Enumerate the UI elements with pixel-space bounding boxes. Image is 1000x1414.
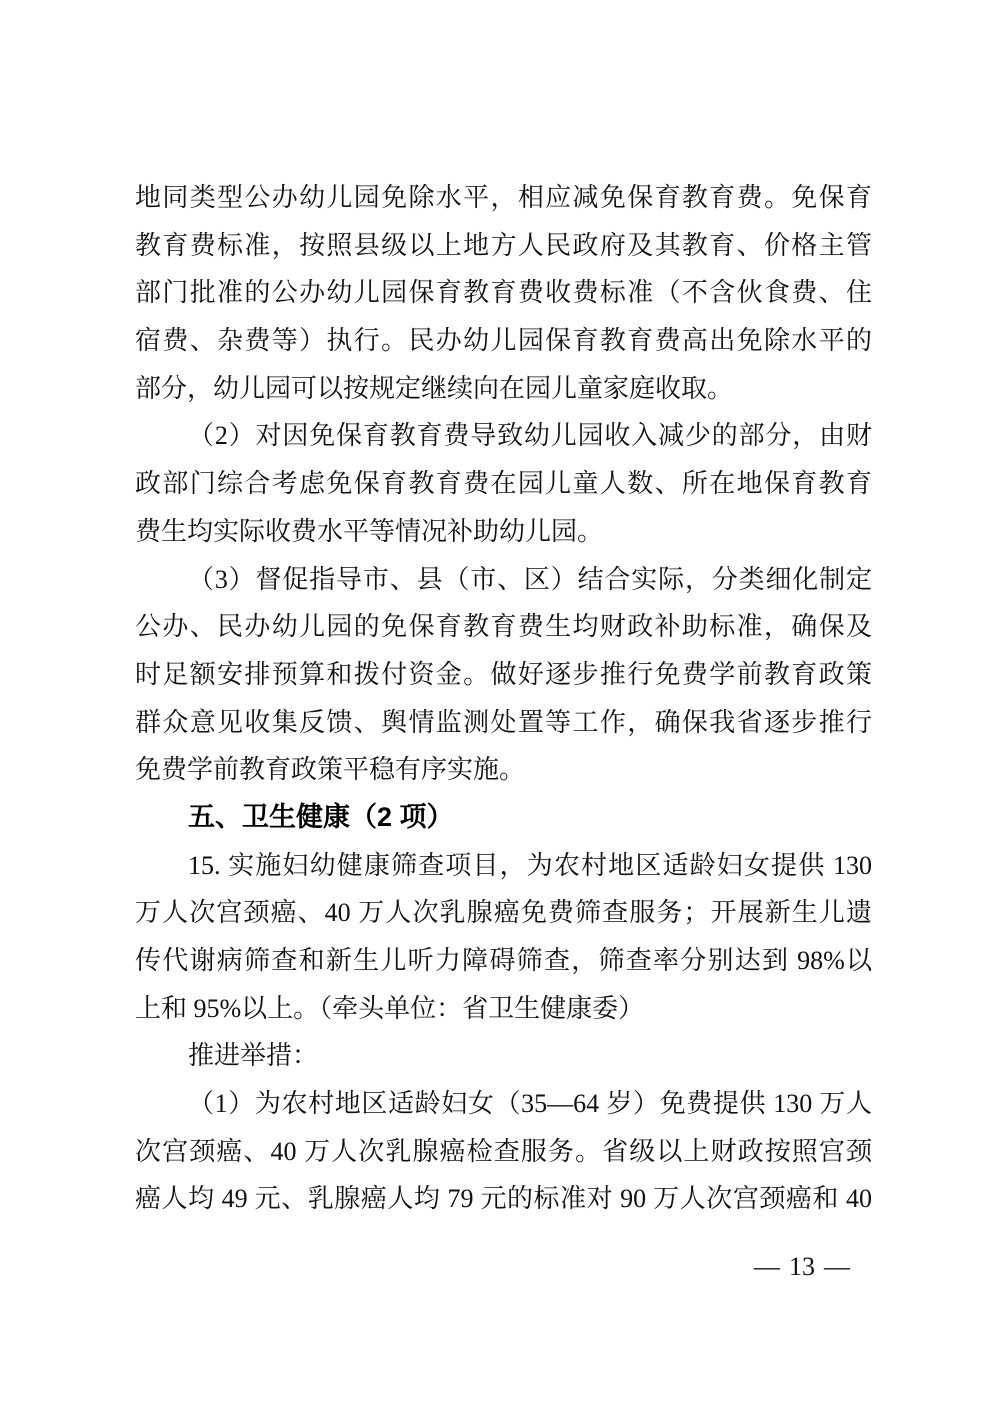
text-line: （3）督促指导市、县（市、区）结合实际，分类细化制定 xyxy=(135,556,872,604)
text-line: （1）为农村地区适龄妇女（35—64 岁）免费提供 130 万人 xyxy=(135,1080,872,1128)
text-line: （2）对因免保育教育费导致幼儿园收入减少的部分，由财 xyxy=(135,412,872,460)
text-line: 宿费、杂费等）执行。民办幼儿园保育教育费高出免除水平的 xyxy=(135,317,872,365)
section-heading: 五、卫生健康（2 项） xyxy=(135,794,872,842)
text-line: 15. 实施妇幼健康筛查项目，为农村地区适龄妇女提供 130 xyxy=(135,842,872,890)
text-line: 部分，幼儿园可以按规定继续向在园儿童家庭收取。 xyxy=(135,365,872,413)
document-page: 地同类型公办幼儿园免除水平，相应减免保育教育费。免保育 教育费标准，按照县级以上… xyxy=(0,0,1000,1414)
text-line: 地同类型公办幼儿园免除水平，相应减免保育教育费。免保育 xyxy=(135,174,872,222)
text-line: 政部门综合考虑免保育教育费在园儿童人数、所在地保育教育 xyxy=(135,460,872,508)
text-line: 时足额安排预算和拨付资金。做好逐步推行免费学前教育政策 xyxy=(135,651,872,699)
text-line: 次宫颈癌、40 万人次乳腺癌检查服务。省级以上财政按照宫颈 xyxy=(135,1128,872,1176)
text-line: 癌人均 49 元、乳腺癌人均 79 元的标准对 90 万人次宫颈癌和 40 xyxy=(135,1175,872,1223)
text-line: 公办、民办幼儿园的免保育教育费生均财政补助标准，确保及 xyxy=(135,603,872,651)
text-line: 传代谢病筛查和新生儿听力障碍筛查，筛查率分别达到 98%以 xyxy=(135,937,872,985)
text-body: 地同类型公办幼儿园免除水平，相应减免保育教育费。免保育 教育费标准，按照县级以上… xyxy=(135,174,872,1223)
text-line: 上和 95%以上。（牵头单位：省卫生健康委） xyxy=(135,985,872,1033)
text-line: 费生均实际收费水平等情况补助幼儿园。 xyxy=(135,508,872,556)
text-line: 万人次宫颈癌、40 万人次乳腺癌免费筛查服务；开展新生儿遗 xyxy=(135,889,872,937)
text-line: 群众意见收集反馈、舆情监测处置等工作，确保我省逐步推行 xyxy=(135,699,872,747)
footer-dash-left: — xyxy=(754,1252,780,1281)
text-line: 部门批准的公办幼儿园保育教育费收费标准（不含伙食费、住 xyxy=(135,269,872,317)
text-line: 推进举措： xyxy=(135,1032,872,1080)
footer-dash-right: — xyxy=(824,1252,850,1281)
page-number: —13— xyxy=(754,1250,850,1284)
text-line: 教育费标准，按照县级以上地方人民政府及其教育、价格主管 xyxy=(135,222,872,270)
text-line: 免费学前教育政策平稳有序实施。 xyxy=(135,746,872,794)
page-number-value: 13 xyxy=(789,1252,815,1281)
